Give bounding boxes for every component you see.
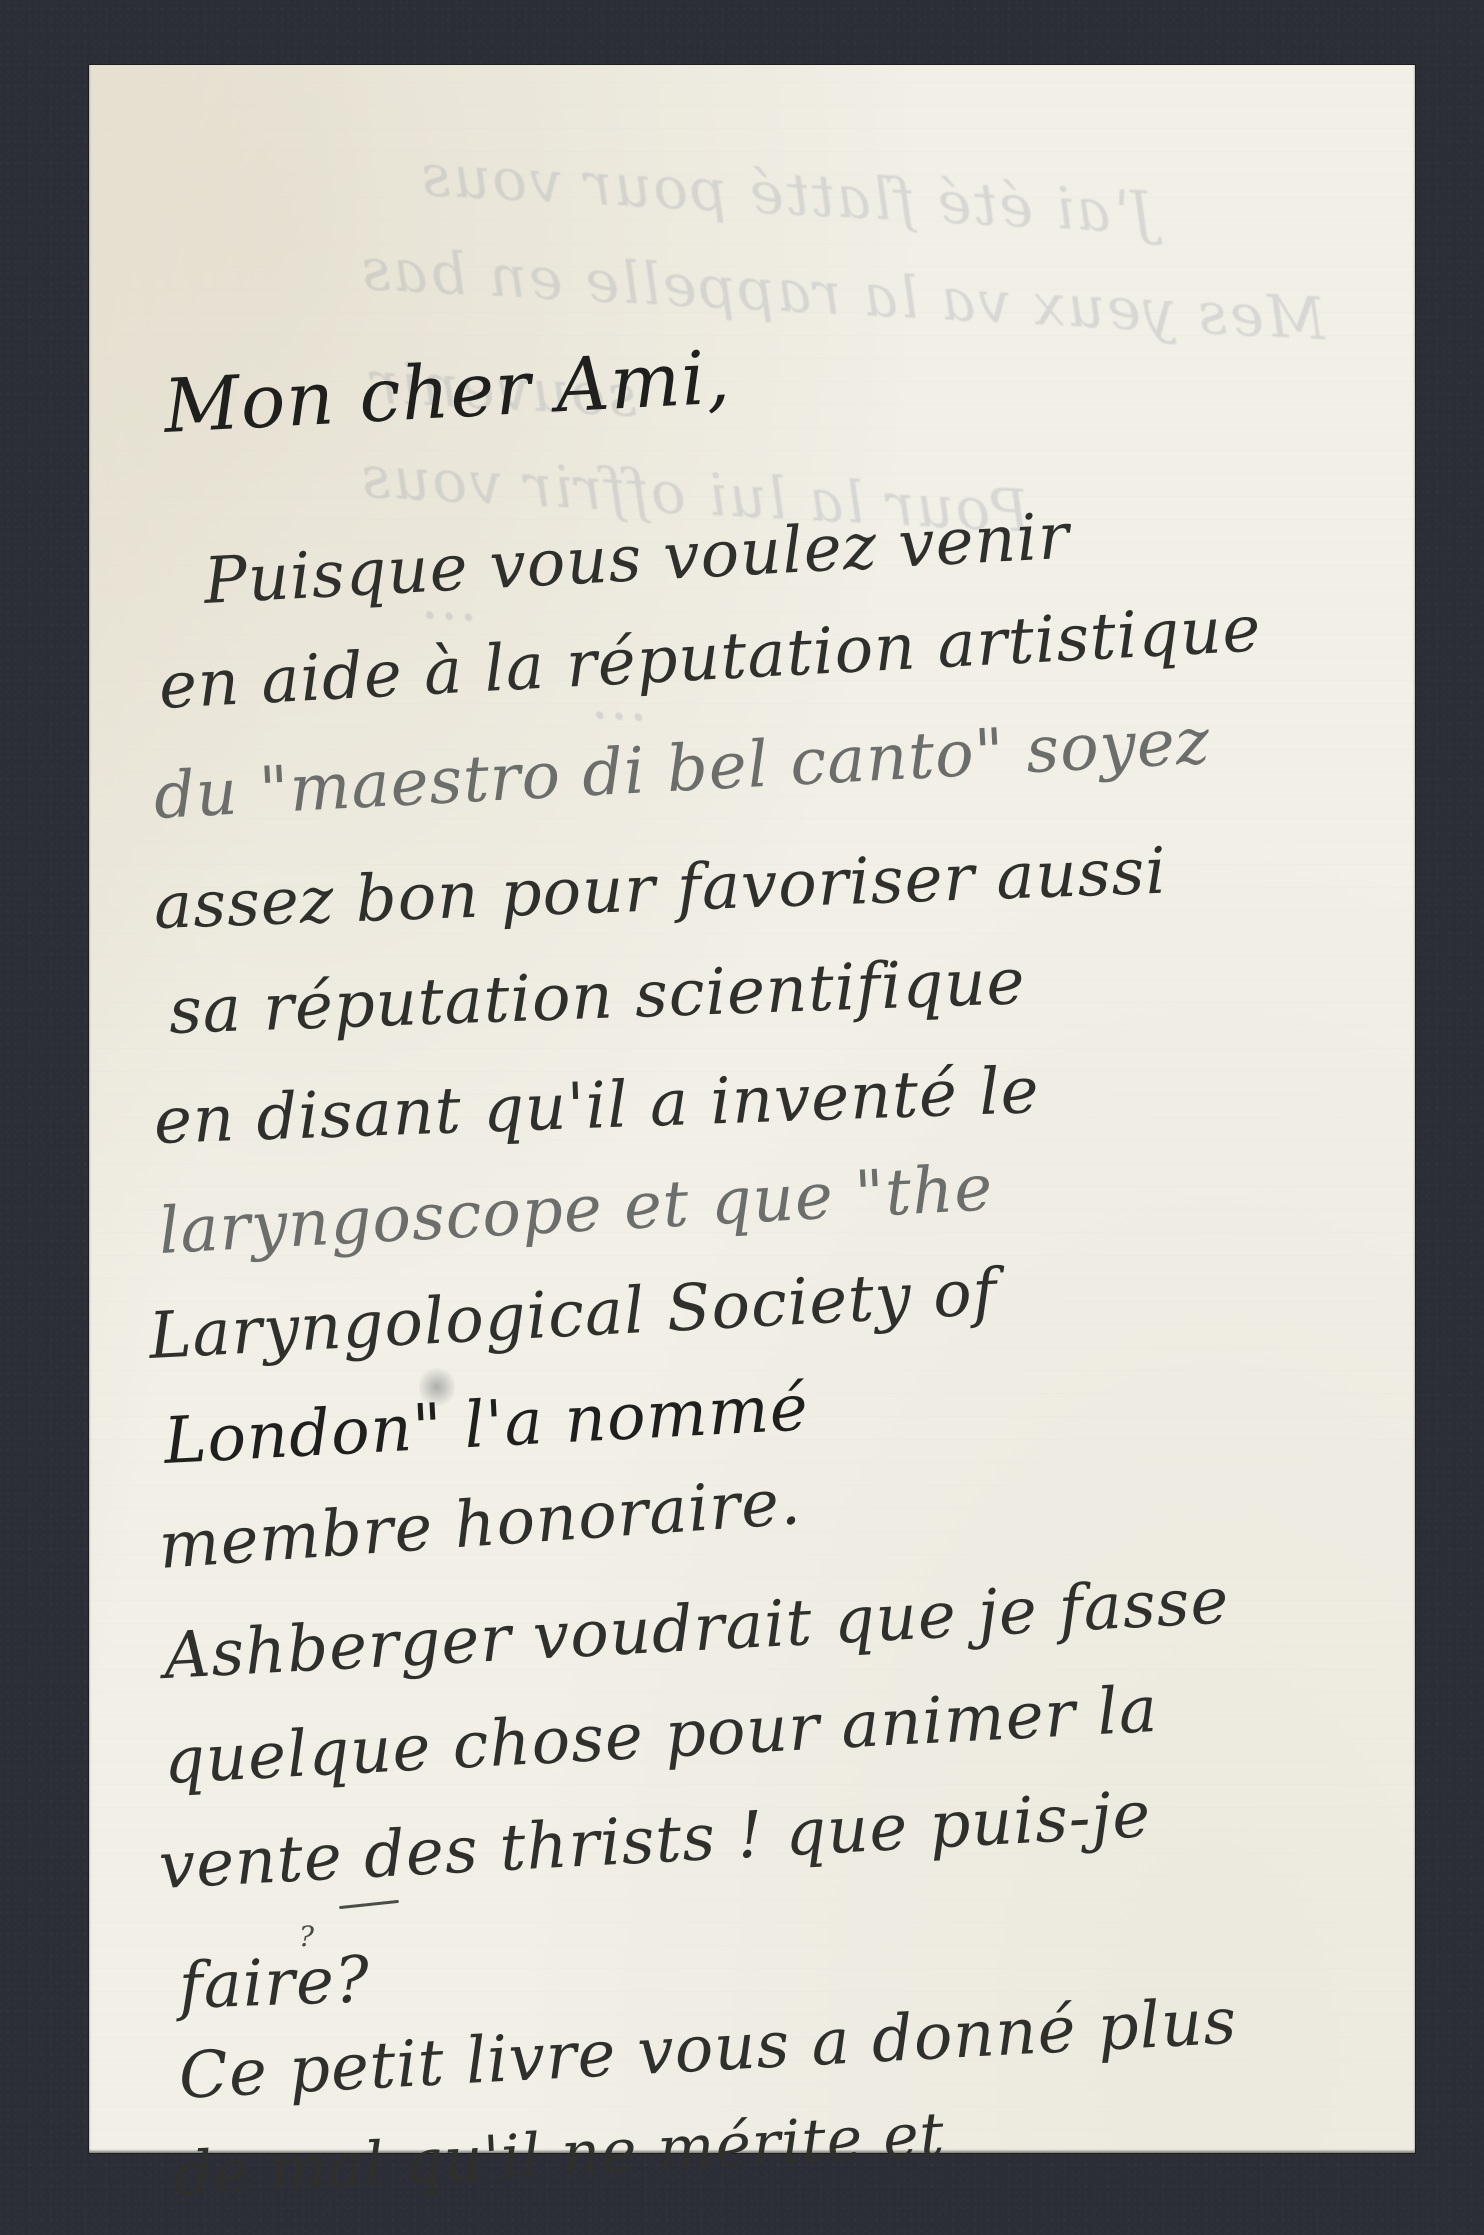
letter-line: de mal qu'il ne mérite et	[172, 2105, 946, 2205]
underline-mark	[339, 1900, 399, 1909]
letter-line: Laryngological Society of	[147, 1261, 999, 1369]
letter-line: faire?	[178, 1948, 371, 2019]
letter-line: Ashberger voudrait que je fasse	[162, 1569, 1230, 1689]
letter-sheet: J'ai été flatté pour vous Mes yeux va la…	[89, 65, 1415, 2153]
letter-line: laryngoscope et que "the	[157, 1156, 994, 1264]
letter-body: Mon cher Ami, Puisque vous voulez venir …	[89, 65, 1415, 2153]
letter-line: assez bon pour favoriser aussi	[153, 840, 1168, 939]
letter-line: Puisque vous voulez venir	[202, 505, 1071, 614]
letter-line: du "maestro di bel canto" soyez	[152, 710, 1211, 829]
letter-line: sa réputation scientifique	[168, 950, 1027, 1044]
letter-line: en aide à la réputation artistique	[157, 597, 1262, 719]
letter-line: quelque chose pour animer la	[162, 1678, 1159, 1794]
letter-line: membre honoraire.	[157, 1470, 803, 1579]
letter-line: en disant qu'il a inventé le	[153, 1059, 1041, 1154]
salutation: Mon cher Ami,	[162, 340, 732, 444]
letter-line: London" l'a nommé	[162, 1376, 810, 1474]
letter-line: vente des thrists ! que puis-je	[157, 1783, 1152, 1899]
scan-background: J'ai été flatté pour vous Mes yeux va la…	[0, 0, 1484, 2235]
